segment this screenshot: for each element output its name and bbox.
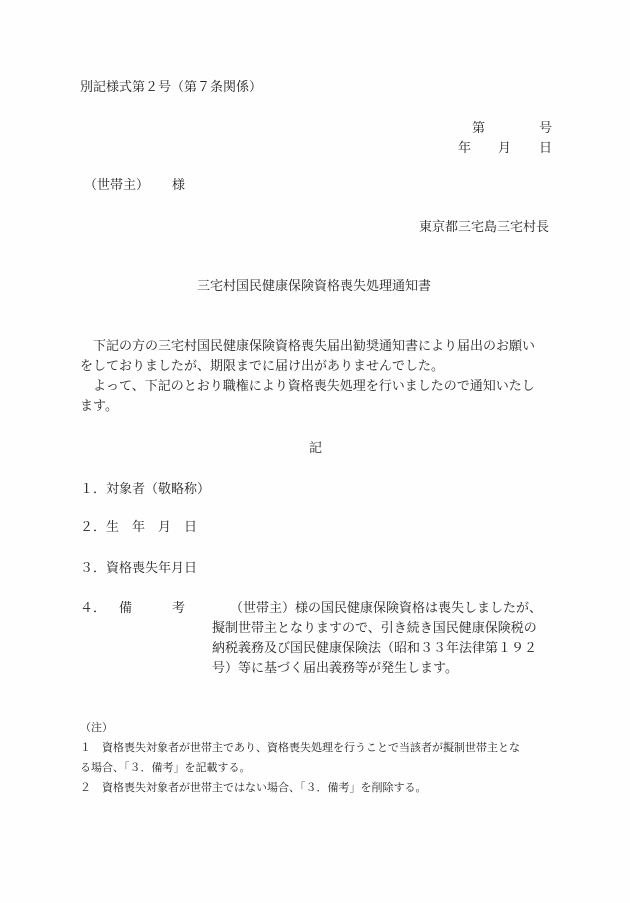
doc-number-prefix: 第 — [472, 121, 485, 137]
addressee-name: （世帯主） — [84, 178, 149, 194]
form-label: 別記様式第２号（第７条関係） — [80, 80, 262, 96]
item-number: ３． — [80, 561, 106, 577]
body-paragraph1-line1: 下記の方の三宅村国民健康保険資格喪失届出勧奨通知書により届出のお願い — [80, 339, 535, 355]
note-1-line-1: １ 資格喪失対象者が世帯主であり、資格喪失処理を行うことで当該者が擬制世帯主とな — [80, 740, 520, 756]
item-label-b: 考 — [172, 601, 185, 617]
date-year: 年 — [458, 141, 471, 157]
item-label: 資格喪失年月日 — [106, 561, 197, 577]
item-label-a: 備 — [119, 601, 132, 617]
addressee-honorific: 様 — [172, 178, 185, 194]
remark-line-2: 擬制世帯主となりますので、引き続き国民健康保険税の — [212, 621, 537, 637]
issuer: 東京都三宅島三宅村長 — [419, 220, 549, 236]
item-number: ２． — [80, 520, 106, 536]
remark-line-1: （世帯主）様の国民健康保険資格は喪失しましたが、 — [230, 601, 542, 617]
note-2: ２ 資格喪失対象者が世帯主ではない場合、「３．備考」を削除する。 — [80, 780, 427, 796]
body-paragraph1-line2: をしておりましたが、期限までに届け出がありませんでした。 — [80, 359, 444, 375]
item-label: 対象者（敬略称） — [106, 482, 210, 498]
item-label: 生 年 月 日 — [106, 520, 197, 536]
date-month: 月 — [498, 141, 511, 157]
remark-line-4: 号）等に基づく届出義務等が発生します。 — [212, 661, 458, 677]
body-paragraph2-line2: ます。 — [80, 399, 118, 415]
note-1-line-2: る場合、「３．備考」を記載する。 — [80, 760, 251, 776]
doc-number-suffix: 号 — [539, 121, 552, 137]
body-paragraph2-line1: よって、下記のとおり職権により資格喪失処理を行いましたので通知いたし — [80, 379, 535, 395]
remark-line-3: 納税義務及び国民健康保険法（昭和３３年法律第１９２ — [212, 641, 537, 657]
item-number: １． — [80, 482, 106, 498]
notes-heading: （注） — [80, 720, 113, 736]
document-title: 三宅村国民健康保険資格喪失処理通知書 — [197, 279, 431, 295]
date-day: 日 — [539, 141, 552, 157]
ki-heading: 記 — [309, 441, 322, 457]
item-number: ４． — [80, 601, 106, 617]
